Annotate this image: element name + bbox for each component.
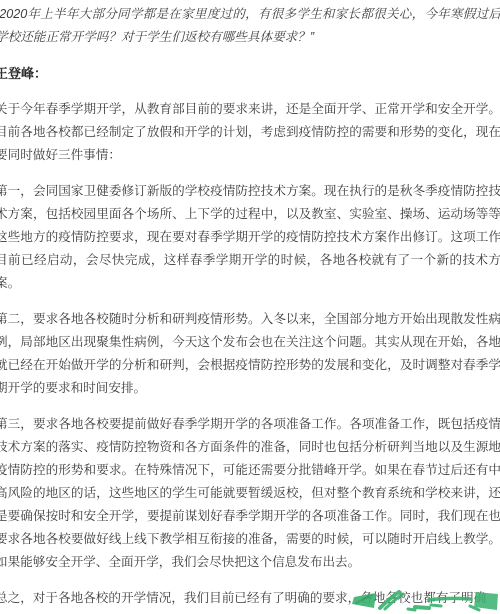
paragraph-second-point: 第二，要求各地各校随时分析和研判疫情形势。入冬以来，全国部分地方开始出现散发性病… bbox=[0, 308, 500, 400]
speaker-name: 王登峰： bbox=[0, 62, 500, 85]
closing-text: 总之，对于各地各校的开学情况，我们目前已经有了明确的要求， bbox=[0, 591, 360, 605]
reporter-question-quote: “2020年上半年大部分同学都是在家里度过的，有很多学生和家长都很关心，今年寒假… bbox=[0, 3, 500, 49]
paragraph-overview: 关于今年春季学期开学，从教育部目前的要求来讲，还是全面开学、正常开学和安全开学。… bbox=[0, 98, 500, 167]
highlighted-text: 各地各校也都有了明确 bbox=[360, 591, 486, 605]
paragraph-first-point: 第一，会同国家卫健委修订新版的学校疫情防控技术方案。现在执行的是秋冬季疫情防控技… bbox=[0, 180, 500, 295]
article-body: “2020年上半年大部分同学都是在家里度过的，有很多学生和家长都很关心，今年寒假… bbox=[0, 0, 500, 610]
closing-paragraph: 总之，对于各地各校的开学情况，我们目前已经有了明确的要求，各地各校也都有了明确 bbox=[0, 587, 500, 610]
paragraph-third-point: 第三，要求各地各校要提前做好春季学期开学的各项准备工作。各项准备工作，既包括疫情… bbox=[0, 413, 500, 574]
